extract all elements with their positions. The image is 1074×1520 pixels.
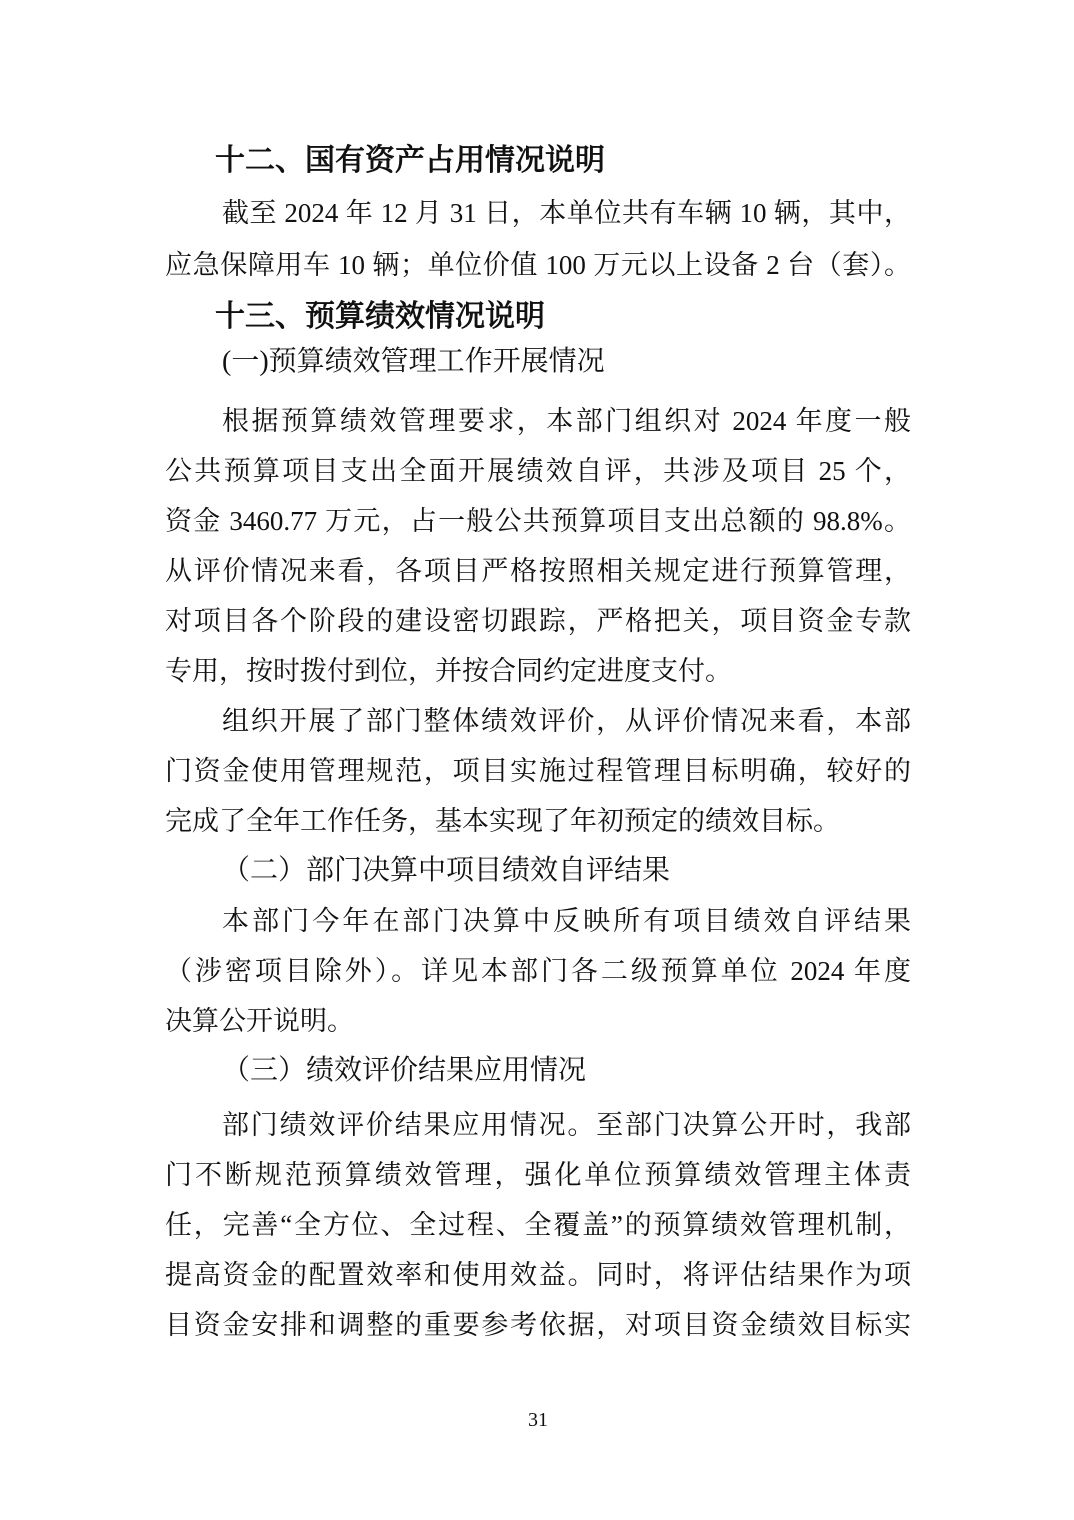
text-line: 门不断规范预算绩效管理，强化单位预算绩效管理主体责: [165, 1150, 911, 1200]
subheading-3: （三）绩效评价结果应用情况: [165, 1046, 911, 1096]
text-line: 截至 2024 年 12 月 31 日，本单位共有车辆 10 辆，其中，: [165, 187, 911, 239]
subheading-2: （二）部门决算中项目绩效自评结果: [165, 846, 911, 896]
text-line: 提高资金的配置效率和使用效益。同时，将评估结果作为项: [165, 1250, 911, 1300]
text-line: 任，完善“全方位、全过程、全覆盖”的预算绩效管理机制，: [165, 1200, 911, 1250]
text-line: 本部门今年在部门决算中反映所有项目绩效自评结果: [165, 896, 911, 946]
text-line: 专用，按时拨付到位，并按合同约定进度支付。: [165, 646, 911, 696]
text-line: 门资金使用管理规范，项目实施过程管理目标明确，较好的: [165, 746, 911, 796]
section-heading-12: 十二、国有资产占用情况说明: [165, 135, 911, 187]
subheading-1: (一)预算绩效管理工作开展情况: [165, 337, 911, 387]
text-line: 对项目各个阶段的建设密切跟踪，严格把关，项目资金专款: [165, 596, 911, 646]
text-line: 完成了全年工作任务，基本实现了年初预定的绩效目标。: [165, 796, 911, 846]
text-line: 根据预算绩效管理要求，本部门组织对 2024 年度一般: [165, 396, 911, 446]
paragraph-result-application: 部门绩效评价结果应用情况。至部门决算公开时，我部 门不断规范预算绩效管理，强化单…: [165, 1100, 911, 1350]
document-body: 十二、国有资产占用情况说明 截至 2024 年 12 月 31 日，本单位共有车…: [0, 0, 1074, 1432]
text-line: 应急保障用车 10 辆；单位价值 100 万元以上设备 2 台（套）。: [165, 239, 911, 291]
text-line: （涉密项目除外）。详见本部门各二级预算单位 2024 年度: [165, 946, 911, 996]
text-line: 公共预算项目支出全面开展绩效自评，共涉及项目 25 个，: [165, 446, 911, 496]
text-line: 资金 3460.77 万元，占一般公共预算项目支出总额的 98.8%。: [165, 496, 911, 546]
text-line: 从评价情况来看，各项目严格按照相关规定进行预算管理，: [165, 546, 911, 596]
text-line: 部门绩效评价结果应用情况。至部门决算公开时，我部: [165, 1100, 911, 1150]
section-heading-13: 十三、预算绩效情况说明: [165, 291, 911, 343]
text-line: 决算公开说明。: [165, 996, 911, 1046]
paragraph-final-accounts: 本部门今年在部门决算中反映所有项目绩效自评结果 （涉密项目除外）。详见本部门各二…: [165, 896, 911, 1046]
paragraph-self-evaluation: 根据预算绩效管理要求，本部门组织对 2024 年度一般 公共预算项目支出全面开展…: [165, 396, 911, 696]
text-line: 目资金安排和调整的重要参考依据，对项目资金绩效目标实: [165, 1300, 911, 1350]
document-page: { "page": { "background_color": "#ffffff…: [0, 0, 1074, 1520]
text-line: 组织开展了部门整体绩效评价，从评价情况来看，本部: [165, 696, 911, 746]
paragraph-overall-evaluation: 组织开展了部门整体绩效评价，从评价情况来看，本部 门资金使用管理规范，项目实施过…: [165, 696, 911, 846]
page-number: 31: [165, 1408, 911, 1432]
paragraph-assets: 截至 2024 年 12 月 31 日，本单位共有车辆 10 辆，其中， 应急保…: [165, 187, 911, 291]
